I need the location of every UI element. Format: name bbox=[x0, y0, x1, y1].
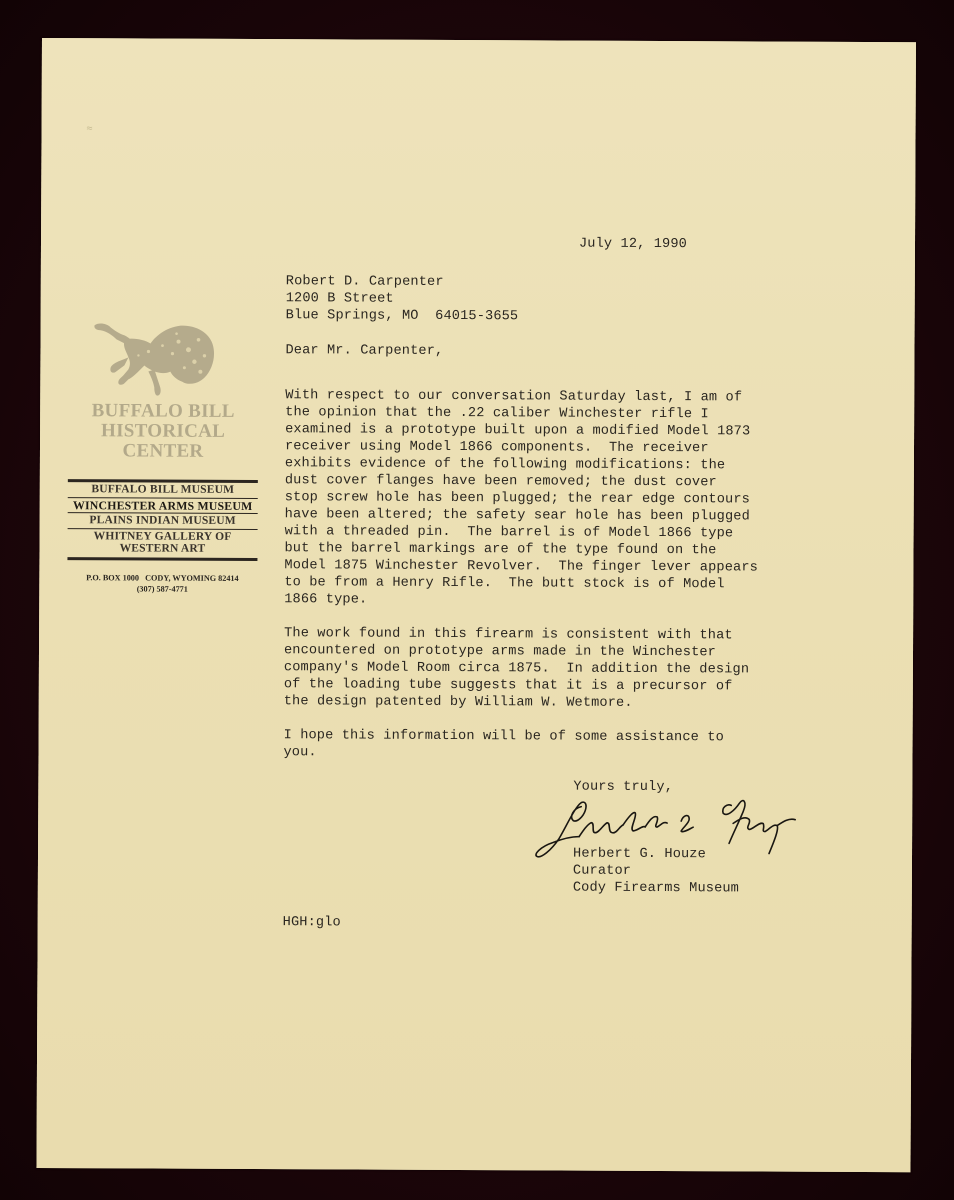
letterhead: BUFFALO BILL HISTORICAL CENTER BUFFALO B… bbox=[67, 321, 258, 594]
phone-number: (307) 587-4771 bbox=[67, 583, 257, 595]
letterhead-contact: P.O. BOX 1000 CODY, WYOMING 82414 (307) … bbox=[67, 572, 257, 595]
body-paragraph: The work found in this firearm is consis… bbox=[284, 625, 750, 712]
organization-name: BUFFALO BILL HISTORICAL CENTER bbox=[68, 401, 258, 462]
organization-line: CENTER bbox=[68, 441, 258, 462]
organization-line: HISTORICAL bbox=[68, 421, 258, 442]
mailing-address: P.O. BOX 1000 CODY, WYOMING 82414 bbox=[67, 572, 257, 584]
recipient-name: Robert D. Carpenter bbox=[286, 273, 519, 291]
museum-item: BUFFALO BILL MUSEUM bbox=[68, 482, 258, 498]
reference-initials: HGH:glo bbox=[283, 914, 341, 931]
signature-block: Herbert G. HouzeCuratorCody Firearms Mus… bbox=[573, 846, 739, 898]
museum-item: PLAINS INDIAN MUSEUM bbox=[68, 513, 258, 529]
signer-title: Curator bbox=[573, 863, 739, 881]
museum-item: WINCHESTER ARMS MUSEUM bbox=[68, 498, 258, 514]
recipient-street: 1200 B Street bbox=[286, 290, 519, 308]
letter-date: July 12, 1990 bbox=[579, 236, 687, 254]
letter-page: ≈ BUFFALO BILL HISTORICAL CENTER BUFFALO… bbox=[36, 38, 916, 1172]
museum-item: WHITNEY GALLERY OF WESTERN ART bbox=[67, 529, 257, 558]
signer-name: Herbert G. Houze bbox=[573, 846, 739, 864]
body-paragraph: With respect to our conversation Saturda… bbox=[284, 387, 759, 610]
recipient-address: Robert D. Carpenter1200 B StreetBlue Spr… bbox=[286, 273, 519, 325]
bison-icon bbox=[88, 321, 218, 400]
museum-list: BUFFALO BILL MUSEUM WINCHESTER ARMS MUSE… bbox=[67, 479, 257, 560]
paper-mark: ≈ bbox=[87, 123, 93, 134]
salutation: Dear Mr. Carpenter, bbox=[285, 342, 443, 360]
body-paragraph: I hope this information will be of some … bbox=[283, 727, 723, 763]
recipient-city: Blue Springs, MO 64015-3655 bbox=[286, 307, 519, 325]
signer-organization: Cody Firearms Museum bbox=[573, 880, 739, 898]
organization-line: BUFFALO BILL bbox=[68, 401, 258, 422]
